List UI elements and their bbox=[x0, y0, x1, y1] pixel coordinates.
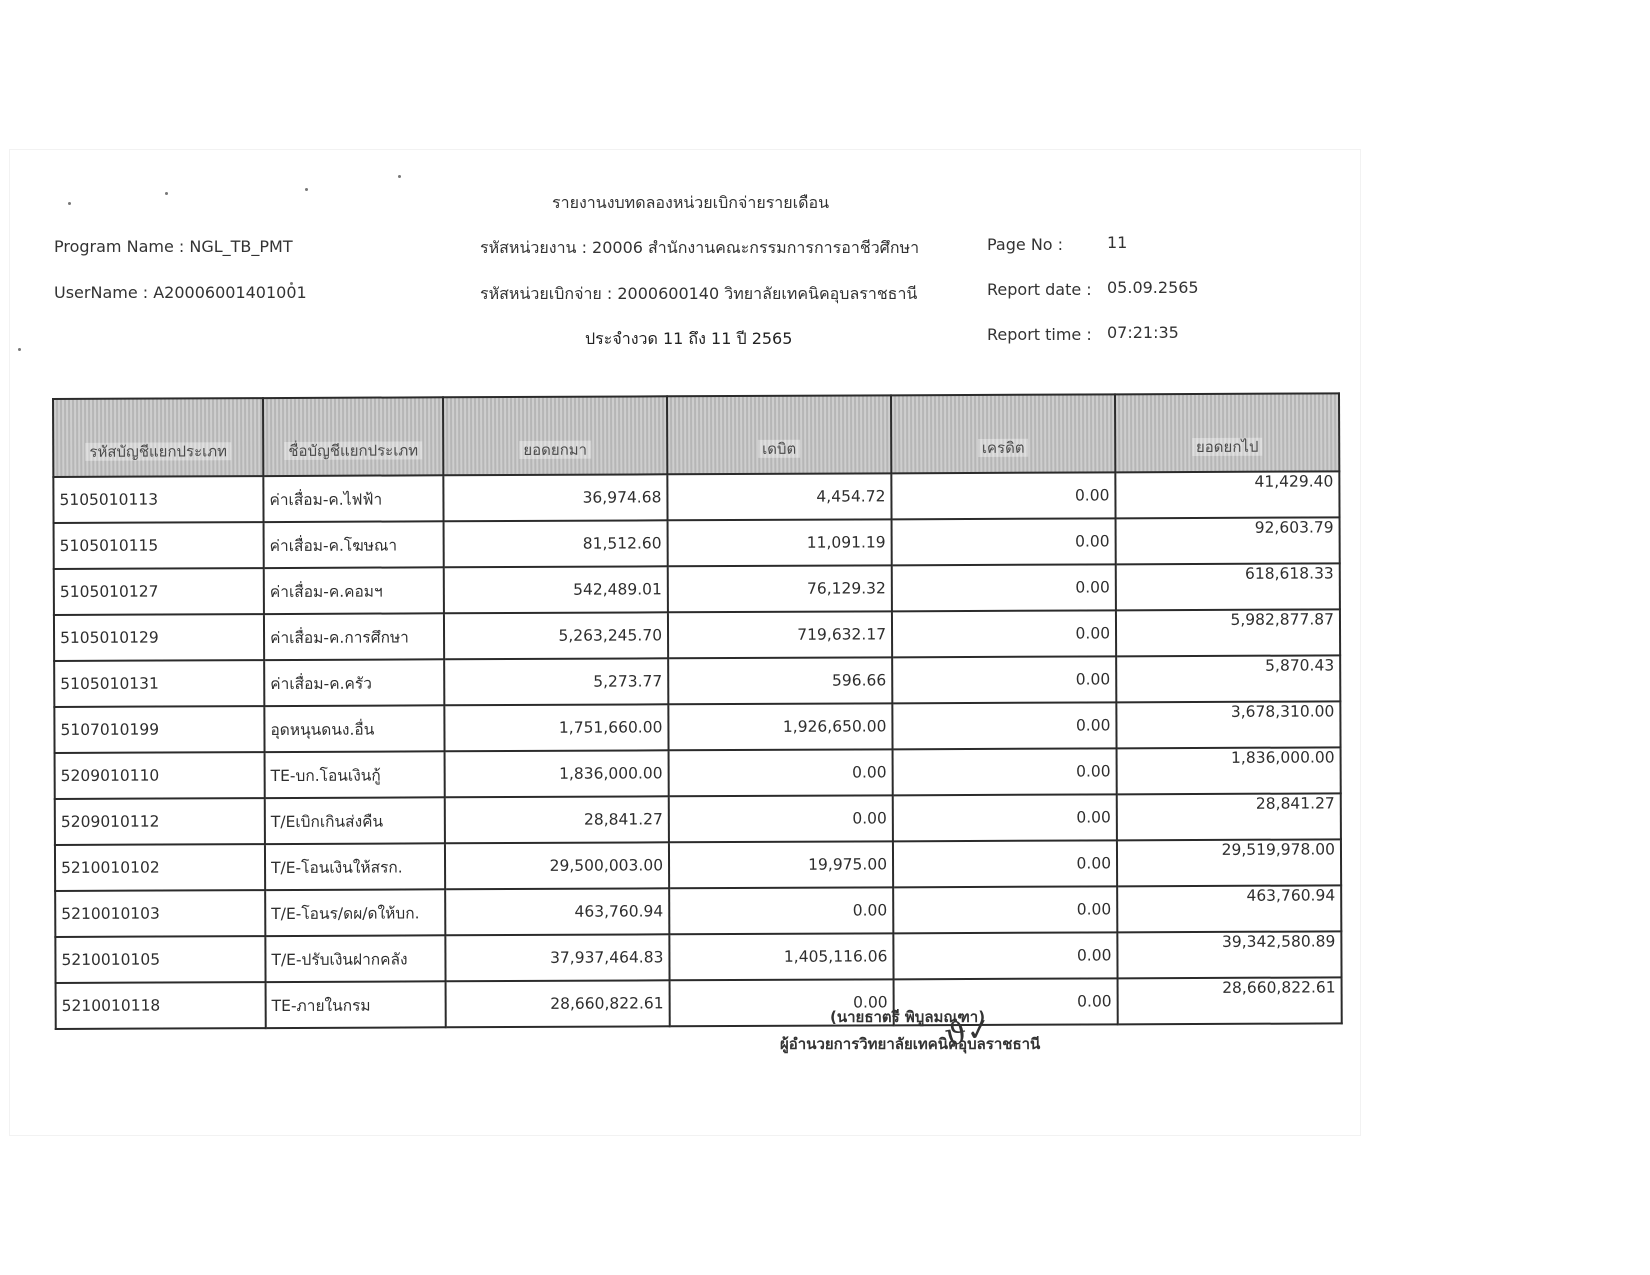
account-name-cell: TE-ภายในกรม bbox=[266, 981, 446, 1028]
debit-cell: 11,091.19 bbox=[668, 519, 892, 566]
opening-balance-cell: 5,273.77 bbox=[444, 658, 668, 705]
scan-speck bbox=[398, 175, 401, 178]
table-row: 5105010129ค่าเสื่อม-ค.การศึกษา5,263,245.… bbox=[54, 609, 1340, 661]
debit-cell: 4,454.72 bbox=[667, 473, 891, 520]
col-debit: เดบิต bbox=[667, 395, 891, 474]
report-date-label: Report date : bbox=[987, 280, 1092, 299]
closing-balance-cell: 1,836,000.00 bbox=[1117, 747, 1341, 794]
table-row: 5210010102T/E-โอนเงินให้สรก.29,500,003.0… bbox=[55, 839, 1341, 891]
debit-cell: 1,405,116.06 bbox=[669, 933, 893, 980]
credit-cell: 0.00 bbox=[893, 840, 1117, 887]
debit-cell: 0.00 bbox=[669, 795, 893, 842]
signer-position: ผู้อำนวยการวิทยาลัยเทคนิคอุบลราชธานี bbox=[780, 1032, 1040, 1056]
account-code-cell: 5210010105 bbox=[55, 936, 265, 983]
account-name-cell: T/Eเบิกเกินส่งคืน bbox=[265, 797, 445, 844]
opening-balance-cell: 5,263,245.70 bbox=[444, 612, 668, 659]
report-title: รายงานงบทดลองหน่วยเบิกจ่ายรายเดือน bbox=[552, 191, 829, 216]
scan-speck bbox=[165, 192, 168, 195]
opening-balance-cell: 28,841.27 bbox=[445, 796, 669, 843]
credit-cell: 0.00 bbox=[892, 518, 1116, 565]
credit-cell: 0.00 bbox=[892, 702, 1116, 749]
opening-balance-cell: 81,512.60 bbox=[444, 520, 668, 567]
col-closing-balance: ยอดยกไป bbox=[1115, 393, 1339, 472]
account-name-cell: ค่าเสื่อม-ค.คอมฯ bbox=[264, 567, 444, 614]
signer-name: (นายธาตรี พิบูลมณฑา) bbox=[830, 1005, 985, 1029]
page-no-value: 11 bbox=[1107, 233, 1127, 252]
table-row: 5107010199อุดหนุนดนง.อื่น1,751,660.001,9… bbox=[54, 701, 1340, 753]
debit-cell: 0.00 bbox=[669, 887, 893, 934]
closing-balance-cell: 28,841.27 bbox=[1117, 793, 1341, 840]
debit-cell: 0.00 bbox=[669, 749, 893, 796]
table-row: 5209010110TE-บก.โอนเงินกู้1,836,000.000.… bbox=[55, 747, 1341, 799]
credit-cell: 0.00 bbox=[892, 564, 1116, 611]
credit-cell: 0.00 bbox=[893, 748, 1117, 795]
account-name-cell: TE-บก.โอนเงินกู้ bbox=[265, 751, 445, 798]
credit-cell: 0.00 bbox=[893, 932, 1117, 979]
closing-balance-cell: 463,760.94 bbox=[1117, 885, 1341, 932]
credit-cell: 0.00 bbox=[892, 656, 1116, 703]
account-name-cell: ค่าเสื่อม-ค.การศึกษา bbox=[264, 613, 444, 660]
agency-code: รหัสหน่วยงาน : 20006 สำนักงานคณะกรรมการก… bbox=[480, 236, 919, 261]
table-row: 5105010127ค่าเสื่อม-ค.คอมฯ542,489.0176,1… bbox=[54, 563, 1340, 615]
account-code-cell: 5209010112 bbox=[55, 798, 265, 845]
trial-balance-table: รหัสบัญชีแยกประเภท ชื่อบัญชีแยกประเภท ยอ… bbox=[52, 392, 1343, 1030]
table-row: 5210010118TE-ภายในกรม28,660,822.610.000.… bbox=[56, 977, 1342, 1029]
opening-balance-cell: 29,500,003.00 bbox=[445, 842, 669, 889]
closing-balance-cell: 41,429.40 bbox=[1115, 471, 1339, 518]
account-name-cell: ค่าเสื่อม-ค.โฆษณา bbox=[264, 521, 444, 568]
closing-balance-cell: 3,678,310.00 bbox=[1116, 701, 1340, 748]
program-name: Program Name : NGL_TB_PMT bbox=[54, 237, 293, 256]
closing-balance-cell: 39,342,580.89 bbox=[1117, 931, 1341, 978]
closing-balance-cell: 28,660,822.61 bbox=[1118, 977, 1342, 1024]
credit-cell: 0.00 bbox=[892, 610, 1116, 657]
account-code-cell: 5210010103 bbox=[55, 890, 265, 937]
account-code-cell: 5105010115 bbox=[54, 522, 264, 569]
col-account-name: ชื่อบัญชีแยกประเภท bbox=[263, 397, 443, 476]
credit-cell: 0.00 bbox=[893, 886, 1117, 933]
opening-balance-cell: 463,760.94 bbox=[445, 888, 669, 935]
opening-balance-cell: 1,836,000.00 bbox=[445, 750, 669, 797]
opening-balance-cell: 28,660,822.61 bbox=[446, 980, 670, 1027]
col-account-code: รหัสบัญชีแยกประเภท bbox=[53, 398, 263, 477]
account-code-cell: 5107010199 bbox=[54, 706, 264, 753]
debit-cell: 76,129.32 bbox=[668, 565, 892, 612]
table-header-row: รหัสบัญชีแยกประเภท ชื่อบัญชีแยกประเภท ยอ… bbox=[53, 393, 1339, 477]
table-row: 5105010113ค่าเสื่อม-ค.ไฟฟ้า36,974.684,45… bbox=[53, 471, 1339, 523]
credit-cell: 0.00 bbox=[893, 794, 1117, 841]
account-name-cell: T/E-ปรับเงินฝากคลัง bbox=[265, 935, 445, 982]
account-code-cell: 5209010110 bbox=[55, 752, 265, 799]
report-time-label: Report time : bbox=[987, 325, 1092, 344]
account-code-cell: 5105010113 bbox=[53, 476, 263, 523]
table-row: 5105010115ค่าเสื่อม-ค.โฆษณา81,512.6011,0… bbox=[54, 517, 1340, 569]
debit-cell: 596.66 bbox=[668, 657, 892, 704]
opening-balance-cell: 36,974.68 bbox=[443, 474, 667, 521]
opening-balance-cell: 37,937,464.83 bbox=[445, 934, 669, 981]
closing-balance-cell: 29,519,978.00 bbox=[1117, 839, 1341, 886]
report-period: ประจำงวด 11 ถึง 11 ปี 2565 bbox=[585, 327, 792, 352]
account-name-cell: ค่าเสื่อม-ค.ครัว bbox=[264, 659, 444, 706]
closing-balance-cell: 618,618.33 bbox=[1116, 563, 1340, 610]
col-opening-balance: ยอดยกมา bbox=[443, 396, 667, 475]
opening-balance-cell: 1,751,660.00 bbox=[444, 704, 668, 751]
report-time-value: 07:21:35 bbox=[1107, 323, 1179, 342]
table-row: 5210010105T/E-ปรับเงินฝากคลัง37,937,464.… bbox=[55, 931, 1341, 983]
table-body: 5105010113ค่าเสื่อม-ค.ไฟฟ้า36,974.684,45… bbox=[53, 471, 1341, 1029]
report-date-value: 05.09.2565 bbox=[1107, 278, 1199, 297]
scan-speck bbox=[68, 202, 71, 205]
account-code-cell: 5105010131 bbox=[54, 660, 264, 707]
table-row: 5209010112T/Eเบิกเกินส่งคืน28,841.270.00… bbox=[55, 793, 1341, 845]
col-credit: เครดิต bbox=[891, 394, 1115, 473]
closing-balance-cell: 92,603.79 bbox=[1116, 517, 1340, 564]
opening-balance-cell: 542,489.01 bbox=[444, 566, 668, 613]
account-code-cell: 5105010129 bbox=[54, 614, 264, 661]
debit-cell: 719,632.17 bbox=[668, 611, 892, 658]
page-no-label: Page No : bbox=[987, 235, 1063, 254]
account-code-cell: 5210010118 bbox=[56, 982, 266, 1029]
account-name-cell: อุดหนุนดนง.อื่น bbox=[264, 705, 444, 752]
account-code-cell: 5210010102 bbox=[55, 844, 265, 891]
account-name-cell: T/E-โอนร/ดผ/ดให้บก. bbox=[265, 889, 445, 936]
account-code-cell: 5105010127 bbox=[54, 568, 264, 615]
username: UserName : A20006001401001 bbox=[54, 283, 307, 302]
debit-cell: 1,926,650.00 bbox=[668, 703, 892, 750]
table-row: 5105010131ค่าเสื่อม-ค.ครัว5,273.77596.66… bbox=[54, 655, 1340, 707]
scan-speck bbox=[18, 348, 21, 351]
account-name-cell: T/E-โอนเงินให้สรก. bbox=[265, 843, 445, 890]
account-name-cell: ค่าเสื่อม-ค.ไฟฟ้า bbox=[263, 475, 443, 522]
debit-cell: 19,975.00 bbox=[669, 841, 893, 888]
disbursing-unit: รหัสหน่วยเบิกจ่าย : 2000600140 วิทยาลัยเ… bbox=[480, 282, 917, 307]
credit-cell: 0.00 bbox=[891, 472, 1115, 519]
table-row: 5210010103T/E-โอนร/ดผ/ดให้บก.463,760.940… bbox=[55, 885, 1341, 937]
scan-speck bbox=[305, 188, 308, 191]
closing-balance-cell: 5,870.43 bbox=[1116, 655, 1340, 702]
closing-balance-cell: 5,982,877.87 bbox=[1116, 609, 1340, 656]
